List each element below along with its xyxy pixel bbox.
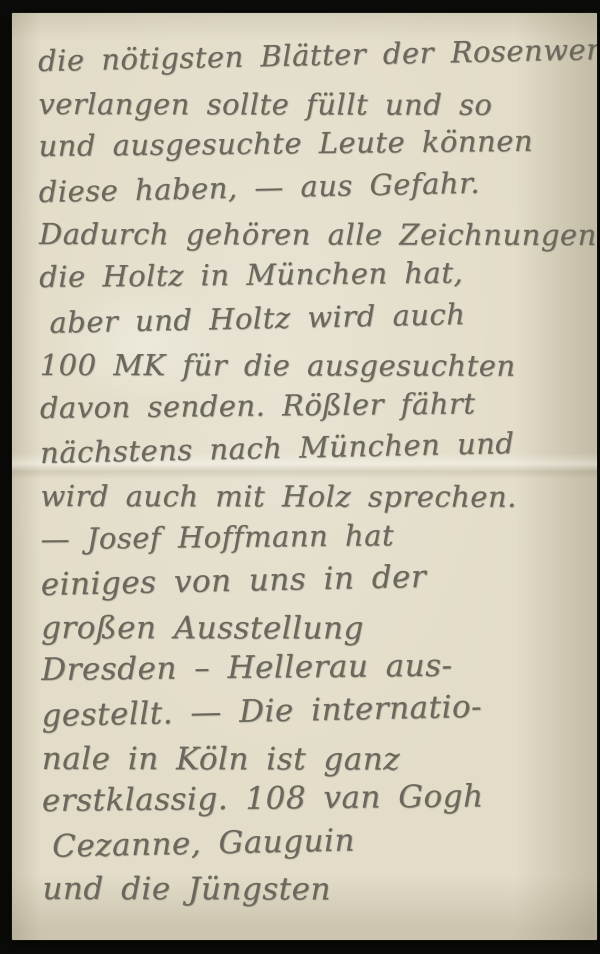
handwritten-line: die nötigsten Blätter der Rosenwerke xyxy=(38,32,590,87)
scan-background: die nötigsten Blätter der Rosenwerke ver… xyxy=(0,0,600,954)
handwritten-text: die nötigsten Blätter der Rosenwerke ver… xyxy=(38,40,594,915)
letter-page: die nötigsten Blätter der Rosenwerke ver… xyxy=(12,13,597,940)
handwritten-line: und die Jüngsten xyxy=(42,871,593,916)
